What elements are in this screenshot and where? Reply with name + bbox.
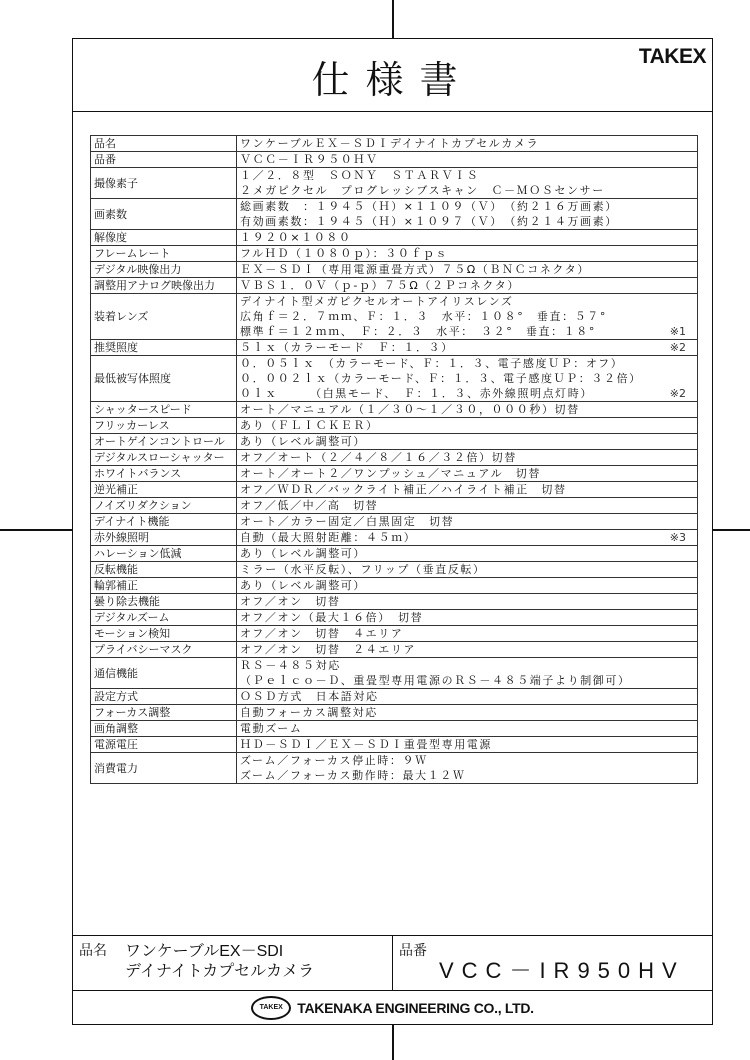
spec-row: シャッタースピードオート／マニュアル（１／３０～１／３０，０００秒）切替 — [91, 402, 698, 418]
spec-label: デジタル映像出力 — [91, 262, 237, 278]
spec-value: オフ／オート（２／４／８／１６／３２倍）切替 — [237, 450, 698, 466]
spec-value: オフ／オン 切替 ４エリア — [237, 626, 698, 642]
spec-row: デジタルズームオフ／オン（最大１６倍） 切替 — [91, 610, 698, 626]
spec-label: デジタルスローシャッター — [91, 450, 237, 466]
product-number: VCC－IR950HV — [439, 954, 685, 985]
spec-value-text: ＲＳ－４８５対応 — [240, 658, 341, 673]
spec-label: フォーカス調整 — [91, 705, 237, 721]
spec-row: 輪郭補正あり（レベル調整可） — [91, 578, 698, 594]
spec-row: 調整用アナログ映像出力ＶＢＳ１．０Ｖ（ｐ-ｐ）７５Ω（２Ｐコネクタ） — [91, 278, 698, 294]
footer: 品名 ワンケーブルEX－SDI デイナイトカプセルカメラ 品番 VCC－IR95… — [73, 935, 712, 1025]
brand-logo: TAKEX — [639, 45, 706, 69]
spec-value-text: 標準ｆ＝１２ｍｍ、 Ｆ：２．３ 水平： ３２° 垂直：１８° — [240, 324, 596, 339]
spec-row: 推奨照度５ｌｘ（カラーモード Ｆ：１．３）※2 — [91, 340, 698, 356]
spec-value: あり（レベル調整可） — [237, 546, 698, 562]
spec-value: オフ／低／中／高 切替 — [237, 498, 698, 514]
product-name-line1: ワンケーブルEX－SDI — [125, 942, 314, 962]
spec-value-text: ＶＣＣ－ＩＲ９５０ＨＶ — [240, 152, 379, 167]
spec-value-line: ＨＤ－ＳＤＩ／ＥＸ－ＳＤＩ重畳型専用電源 — [240, 737, 694, 752]
footnote-mark — [686, 450, 694, 465]
footnote-mark — [686, 262, 694, 277]
spec-value-text: デイナイト型メガピクセルオートアイリスレンズ — [240, 294, 514, 309]
spec-value-text: オフ／ＷＤＲ／バックライト補正／ハイライト補正 切替 — [240, 482, 567, 497]
spec-value: オート／マニュアル（１／３０～１／３０，０００秒）切替 — [237, 402, 698, 418]
footnote-mark — [686, 578, 694, 593]
spec-row: デジタル映像出力ＥＸ－ＳＤＩ（専用電源重畳方式）７５Ω（ＢＮＣコネクタ） — [91, 262, 698, 278]
spec-label: プライバシーマスク — [91, 642, 237, 658]
spec-value: デイナイト型メガピクセルオートアイリスレンズ広角ｆ＝２．７ｍｍ、Ｆ：１．３ 水平… — [237, 294, 698, 340]
spec-value: ＶＣＣ－ＩＲ９５０ＨＶ — [237, 152, 698, 168]
spec-value-line: ＶＣＣ－ＩＲ９５０ＨＶ — [240, 152, 694, 167]
spec-value-text: あり（ＦＬＩＣＫＥＲ） — [240, 418, 379, 433]
footnote-mark: ※1 — [670, 324, 694, 339]
spec-value-line: 自動フォーカス調整対応 — [240, 705, 694, 720]
spec-value-text: 自動フォーカス調整対応 — [240, 705, 378, 720]
spec-value: ワンケーブルＥＸ－ＳＤＩデイナイトカプセルカメラ — [237, 136, 698, 152]
spec-row: 画素数総画素数 ：１９４５（Ｈ）×１１０９（Ｖ） （約２１６万画素）有効画素数：… — [91, 199, 698, 230]
spec-value: フルＨＤ（１０８０ｐ）：３０ｆｐｓ — [237, 246, 698, 262]
product-name-line2: デイナイトカプセルカメラ — [125, 962, 314, 982]
spec-value: オフ／オン（最大１６倍） 切替 — [237, 610, 698, 626]
spec-value-line: ズーム／フォーカス停止時：９Ｗ — [240, 753, 694, 768]
spec-value-text: ミラー（水平反転）、フリップ（垂直反転） — [240, 562, 486, 577]
spec-value: ＲＳ－４８５対応（Ｐｅｌｃｏ－Ｄ、重畳型専用電源のＲＳ－４８５端子より制御可） — [237, 658, 698, 689]
title-band: 仕様書 TAKEX — [73, 39, 712, 112]
footnote-mark — [686, 402, 694, 417]
spec-value-line: デイナイト型メガピクセルオートアイリスレンズ — [240, 294, 694, 309]
footnote-mark — [686, 294, 694, 309]
spec-value-text: 自動（最大照射距離：４５ｍ） — [240, 530, 416, 545]
spec-row: 通信機能ＲＳ－４８５対応（Ｐｅｌｃｏ－Ｄ、重畳型専用電源のＲＳ－４８５端子より制… — [91, 658, 698, 689]
footnote-mark — [686, 642, 694, 657]
spec-label: フレームレート — [91, 246, 237, 262]
spec-row: デジタルスローシャッターオフ／オート（２／４／８／１６／３２倍）切替 — [91, 450, 698, 466]
spec-value: オフ／オン 切替 ２４エリア — [237, 642, 698, 658]
spec-label: 電源電圧 — [91, 737, 237, 753]
spec-table: 品名ワンケーブルＥＸ－ＳＤＩデイナイトカプセルカメラ品番ＶＣＣ－ＩＲ９５０ＨＶ撮… — [90, 135, 698, 784]
spec-row: ハレーション低減あり（レベル調整可） — [91, 546, 698, 562]
spec-value-line: オフ／低／中／高 切替 — [240, 498, 694, 513]
spec-value: 電動ズーム — [237, 721, 698, 737]
footnote-mark — [686, 418, 694, 433]
spec-value-line: あり（レベル調整可） — [240, 578, 694, 593]
product-name-caption: 品名 — [79, 940, 107, 960]
spec-value-text: あり（レベル調整可） — [240, 546, 366, 561]
spec-value-line: オフ／オン 切替 ４エリア — [240, 626, 694, 641]
company-name: TAKENAKA ENGINEERING CO., LTD. — [297, 1000, 534, 1016]
footnote-mark — [686, 482, 694, 497]
spec-value-line: 広角ｆ＝２．７ｍｍ、Ｆ：１．３ 水平：１０８° 垂直：５７° — [240, 309, 694, 324]
spec-label: デイナイト機能 — [91, 514, 237, 530]
footnote-mark — [686, 626, 694, 641]
footnote-mark — [686, 356, 694, 371]
spec-value-text: ０．００２ｌｘ（カラーモード、Ｆ：１．３、電子感度ＵＰ：３２倍） — [240, 371, 642, 386]
spec-row: 赤外線照明自動（最大照射距離：４５ｍ）※3 — [91, 530, 698, 546]
product-name: ワンケーブルEX－SDI デイナイトカプセルカメラ — [125, 942, 314, 982]
footnote-mark — [686, 309, 694, 324]
spec-label: 最低被写体照度 — [91, 356, 237, 402]
spec-value-line: オフ／オン（最大１６倍） 切替 — [240, 610, 694, 625]
spec-value-text: オート／カラー固定／白黒固定 切替 — [240, 514, 454, 529]
spec-value-text: ＯＳＤ方式 日本語対応 — [240, 689, 379, 704]
spec-value-text: 電動ズーム — [240, 721, 302, 736]
footnote-mark — [686, 152, 694, 167]
spec-row: 品名ワンケーブルＥＸ－ＳＤＩデイナイトカプセルカメラ — [91, 136, 698, 152]
spec-label: ノイズリダクション — [91, 498, 237, 514]
spec-value-text: オート／オート２／ワンプッシュ／マニュアル 切替 — [240, 466, 541, 481]
spec-label: 品番 — [91, 152, 237, 168]
spec-label: 調整用アナログ映像出力 — [91, 278, 237, 294]
footnote-mark — [686, 136, 694, 151]
spec-value: ＨＤ－ＳＤＩ／ＥＸ－ＳＤＩ重畳型専用電源 — [237, 737, 698, 753]
spec-row: フレームレートフルＨＤ（１０８０ｐ）：３０ｆｐｓ — [91, 246, 698, 262]
footnote-mark: ※2 — [670, 386, 694, 401]
product-number-cell: 品番 VCC－IR950HV — [393, 936, 712, 990]
spec-value-line: ＥＸ－ＳＤＩ（専用電源重畳方式）７５Ω（ＢＮＣコネクタ） — [240, 262, 694, 277]
spec-value-line: ０ｌｘ （白黒モード、 Ｆ：１．３、赤外線照明点灯時）※2 — [240, 386, 694, 401]
spec-value-text: あり（レベル調整可） — [240, 578, 366, 593]
spec-value-text: オフ／オン 切替 — [240, 594, 340, 609]
spec-label: 品名 — [91, 136, 237, 152]
spec-row: ノイズリダクションオフ／低／中／高 切替 — [91, 498, 698, 514]
footnote-mark — [686, 562, 694, 577]
spec-value-line: ミラー（水平反転）、フリップ（垂直反転） — [240, 562, 694, 577]
spec-value-text: ズーム／フォーカス動作時：最大１２Ｗ — [240, 768, 465, 783]
spec-row: 装着レンズデイナイト型メガピクセルオートアイリスレンズ広角ｆ＝２．７ｍｍ、Ｆ：１… — [91, 294, 698, 340]
product-row: 品名 ワンケーブルEX－SDI デイナイトカプセルカメラ 品番 VCC－IR95… — [73, 936, 712, 991]
spec-value-line: オフ／オート（２／４／８／１６／３２倍）切替 — [240, 450, 694, 465]
footnote-mark — [686, 546, 694, 561]
footnote-mark — [686, 753, 694, 768]
footnote-mark — [686, 183, 694, 198]
spec-label: 輪郭補正 — [91, 578, 237, 594]
spec-value-line: ２メガピクセル プログレッシブスキャン Ｃ－ＭＯＳセンサー — [240, 183, 694, 198]
spec-value-line: オフ／ＷＤＲ／バックライト補正／ハイライト補正 切替 — [240, 482, 694, 497]
spec-row: 曇り除去機能オフ／オン 切替 — [91, 594, 698, 610]
footnote-mark — [686, 230, 694, 245]
spec-value-text: ＶＢＳ１．０Ｖ（ｐ-ｐ）７５Ω（２Ｐコネクタ） — [240, 278, 520, 293]
spec-value-line: １／２．８型 ＳＯＮＹ ＳＴＡＲＶＩＳ — [240, 168, 694, 183]
spec-label: 画角調整 — [91, 721, 237, 737]
spec-row: 反転機能ミラー（水平反転）、フリップ（垂直反転） — [91, 562, 698, 578]
footnote-mark — [686, 737, 694, 752]
footnote-mark — [686, 610, 694, 625]
spec-value: あり（レベル調整可） — [237, 434, 698, 450]
spec-label: ホワイトバランス — [91, 466, 237, 482]
spec-value-line: ワンケーブルＥＸ－ＳＤＩデイナイトカプセルカメラ — [240, 136, 694, 151]
crop-mark-left — [0, 529, 72, 531]
crop-mark-bottom — [392, 1025, 394, 1060]
spec-value-text: ＨＤ－ＳＤＩ／ＥＸ－ＳＤＩ重畳型専用電源 — [240, 737, 492, 752]
spec-value: あり（レベル調整可） — [237, 578, 698, 594]
spec-value-line: あり（ＦＬＩＣＫＥＲ） — [240, 418, 694, 433]
footnote-mark — [686, 466, 694, 481]
spec-value-text: ０．０５ｌｘ （カラーモード、Ｆ：１．３、電子感度ＵＰ：オフ） — [240, 356, 623, 371]
spec-value-line: ５ｌｘ（カラーモード Ｆ：１．３）※2 — [240, 340, 694, 355]
spec-value: あり（ＦＬＩＣＫＥＲ） — [237, 418, 698, 434]
spec-value-text: １／２．８型 ＳＯＮＹ ＳＴＡＲＶＩＳ — [240, 168, 479, 183]
spec-value-line: オート／オート２／ワンプッシュ／マニュアル 切替 — [240, 466, 694, 481]
spec-value-line: オフ／オン 切替 — [240, 594, 694, 609]
spec-value-text: オート／マニュアル（１／３０～１／３０，０００秒）切替 — [240, 402, 580, 417]
spec-value: １／２．８型 ＳＯＮＹ ＳＴＡＲＶＩＳ２メガピクセル プログレッシブスキャン Ｃ… — [237, 168, 698, 199]
spec-value-text: ５ｌｘ（カラーモード Ｆ：１．３） — [240, 340, 454, 355]
spec-value: ミラー（水平反転）、フリップ（垂直反転） — [237, 562, 698, 578]
spec-row: 設定方式ＯＳＤ方式 日本語対応 — [91, 689, 698, 705]
spec-value: ０．０５ｌｘ （カラーモード、Ｆ：１．３、電子感度ＵＰ：オフ）０．００２ｌｘ（カ… — [237, 356, 698, 402]
spec-value-text: 有効画素数：１９４５（Ｈ）×１０９７（Ｖ） （約２１４万画素） — [240, 214, 618, 229]
footnote-mark — [686, 214, 694, 229]
document-frame: 仕様書 TAKEX 品名ワンケーブルＥＸ－ＳＤＩデイナイトカプセルカメラ品番ＶＣ… — [72, 38, 713, 1025]
spec-value-line: 総画素数 ：１９４５（Ｈ）×１１０９（Ｖ） （約２１６万画素） — [240, 199, 694, 214]
footnote-mark — [686, 594, 694, 609]
spec-value: オフ／オン 切替 — [237, 594, 698, 610]
spec-value: ＥＸ－ＳＤＩ（専用電源重畳方式）７５Ω（ＢＮＣコネクタ） — [237, 262, 698, 278]
footnote-mark — [686, 768, 694, 783]
spec-label: 推奨照度 — [91, 340, 237, 356]
spec-value-text: ワンケーブルＥＸ－ＳＤＩデイナイトカプセルカメラ — [240, 136, 539, 151]
spec-label: 画素数 — [91, 199, 237, 230]
footnote-mark — [686, 689, 694, 704]
spec-value: ＶＢＳ１．０Ｖ（ｐ-ｐ）７５Ω（２Ｐコネクタ） — [237, 278, 698, 294]
spec-value-line: １９２０×１０８０ — [240, 230, 694, 245]
spec-value: ＯＳＤ方式 日本語対応 — [237, 689, 698, 705]
spec-value-line: ＲＳ－４８５対応 — [240, 658, 694, 673]
spec-label: フリッカーレス — [91, 418, 237, 434]
spec-row: フォーカス調整自動フォーカス調整対応 — [91, 705, 698, 721]
spec-row: 最低被写体照度０．０５ｌｘ （カラーモード、Ｆ：１．３、電子感度ＵＰ：オフ）０．… — [91, 356, 698, 402]
spec-row: ホワイトバランスオート／オート２／ワンプッシュ／マニュアル 切替 — [91, 466, 698, 482]
spec-value: ズーム／フォーカス停止時：９Ｗズーム／フォーカス動作時：最大１２Ｗ — [237, 753, 698, 784]
spec-value-line: （Ｐｅｌｃｏ－Ｄ、重畳型専用電源のＲＳ－４８５端子より制御可） — [240, 673, 694, 688]
takex-logo-icon: TAKEX — [251, 996, 291, 1020]
spec-value-text: ズーム／フォーカス停止時：９Ｗ — [240, 753, 428, 768]
spec-value-line: ＯＳＤ方式 日本語対応 — [240, 689, 694, 704]
spec-row: 解像度１９２０×１０８０ — [91, 230, 698, 246]
spec-value-line: あり（レベル調整可） — [240, 546, 694, 561]
crop-mark-top — [392, 0, 394, 38]
spec-value-line: オート／マニュアル（１／３０～１／３０，０００秒）切替 — [240, 402, 694, 417]
product-name-cell: 品名 ワンケーブルEX－SDI デイナイトカプセルカメラ — [73, 936, 393, 990]
spec-label: 撮像素子 — [91, 168, 237, 199]
spec-value-line: ＶＢＳ１．０Ｖ（ｐ-ｐ）７５Ω（２Ｐコネクタ） — [240, 278, 694, 293]
spec-value: ５ｌｘ（カラーモード Ｆ：１．３）※2 — [237, 340, 698, 356]
crop-mark-right — [713, 529, 750, 531]
spec-value-text: （Ｐｅｌｃｏ－Ｄ、重畳型専用電源のＲＳ－４８５端子より制御可） — [240, 673, 631, 688]
spec-row: 品番ＶＣＣ－ＩＲ９５０ＨＶ — [91, 152, 698, 168]
footnote-mark — [686, 705, 694, 720]
company-row: TAKEX TAKENAKA ENGINEERING CO., LTD. — [73, 991, 712, 1024]
spec-value-line: ０．０５ｌｘ （カラーモード、Ｆ：１．３、電子感度ＵＰ：オフ） — [240, 356, 694, 371]
spec-value-text: ＥＸ－ＳＤＩ（専用電源重畳方式）７５Ω（ＢＮＣコネクタ） — [240, 262, 590, 277]
spec-value-text: オフ／低／中／高 切替 — [240, 498, 378, 513]
spec-label: 通信機能 — [91, 658, 237, 689]
spec-row: モーション検知オフ／オン 切替 ４エリア — [91, 626, 698, 642]
spec-row: 逆光補正オフ／ＷＤＲ／バックライト補正／ハイライト補正 切替 — [91, 482, 698, 498]
footnote-mark — [686, 434, 694, 449]
spec-value-text: ０ｌｘ （白黒モード、 Ｆ：１．３、赤外線照明点灯時） — [240, 386, 593, 401]
spec-value-text: オフ／オン 切替 ４エリア — [240, 626, 403, 641]
footnote-mark — [686, 514, 694, 529]
spec-value-line: 電動ズーム — [240, 721, 694, 736]
spec-label: 消費電力 — [91, 753, 237, 784]
spec-value: オート／カラー固定／白黒固定 切替 — [237, 514, 698, 530]
footnote-mark — [686, 673, 694, 688]
spec-row: デイナイト機能オート／カラー固定／白黒固定 切替 — [91, 514, 698, 530]
spec-value-text: オフ／オート（２／４／８／１６／３２倍）切替 — [240, 450, 517, 465]
footnote-mark — [686, 278, 694, 293]
spec-label: 反転機能 — [91, 562, 237, 578]
spec-value-line: フルＨＤ（１０８０ｐ）：３０ｆｐｓ — [240, 246, 694, 261]
spec-label: オートゲインコントロール — [91, 434, 237, 450]
spec-value-text: 総画素数 ：１９４５（Ｈ）×１１０９（Ｖ） （約２１６万画素） — [240, 199, 618, 214]
spec-label: 解像度 — [91, 230, 237, 246]
spec-label: モーション検知 — [91, 626, 237, 642]
spec-label: 曇り除去機能 — [91, 594, 237, 610]
spec-label: 逆光補正 — [91, 482, 237, 498]
spec-value-line: 標準ｆ＝１２ｍｍ、 Ｆ：２．３ 水平： ３２° 垂直：１８°※1 — [240, 324, 694, 339]
spec-row: プライバシーマスクオフ／オン 切替 ２４エリア — [91, 642, 698, 658]
spec-value-text: オフ／オン（最大１６倍） 切替 — [240, 610, 423, 625]
spec-row: 画角調整電動ズーム — [91, 721, 698, 737]
product-number-caption: 品番 — [399, 940, 427, 960]
footnote-mark — [686, 498, 694, 513]
page-title: 仕様書 — [73, 49, 712, 104]
spec-label: シャッタースピード — [91, 402, 237, 418]
spec-value: １９２０×１０８０ — [237, 230, 698, 246]
spec-value-line: オート／カラー固定／白黒固定 切替 — [240, 514, 694, 529]
spec-value: オート／オート２／ワンプッシュ／マニュアル 切替 — [237, 466, 698, 482]
spec-value-text: オフ／オン 切替 ２４エリア — [240, 642, 416, 657]
spec-label: 赤外線照明 — [91, 530, 237, 546]
spec-value-line: あり（レベル調整可） — [240, 434, 694, 449]
footnote-mark — [686, 246, 694, 261]
footnote-mark — [686, 721, 694, 736]
spec-value-text: １９２０×１０８０ — [240, 230, 352, 245]
spec-value-line: ０．００２ｌｘ（カラーモード、Ｆ：１．３、電子感度ＵＰ：３２倍） — [240, 371, 694, 386]
spec-row: オートゲインコントロールあり（レベル調整可） — [91, 434, 698, 450]
spec-value-text: ２メガピクセル プログレッシブスキャン Ｃ－ＭＯＳセンサー — [240, 183, 605, 198]
spec-label: ハレーション低減 — [91, 546, 237, 562]
spec-value: 総画素数 ：１９４５（Ｈ）×１１０９（Ｖ） （約２１６万画素）有効画素数：１９４… — [237, 199, 698, 230]
spec-row: フリッカーレスあり（ＦＬＩＣＫＥＲ） — [91, 418, 698, 434]
spec-row: 消費電力ズーム／フォーカス停止時：９Ｗズーム／フォーカス動作時：最大１２Ｗ — [91, 753, 698, 784]
spec-row: 電源電圧ＨＤ－ＳＤＩ／ＥＸ－ＳＤＩ重畳型専用電源 — [91, 737, 698, 753]
spec-value-text: あり（レベル調整可） — [240, 434, 366, 449]
spec-value-line: 有効画素数：１９４５（Ｈ）×１０９７（Ｖ） （約２１４万画素） — [240, 214, 694, 229]
spec-value: 自動（最大照射距離：４５ｍ）※3 — [237, 530, 698, 546]
spec-label: デジタルズーム — [91, 610, 237, 626]
spec-row: 撮像素子１／２．８型 ＳＯＮＹ ＳＴＡＲＶＩＳ２メガピクセル プログレッシブスキ… — [91, 168, 698, 199]
spec-label: 設定方式 — [91, 689, 237, 705]
spec-value-text: 広角ｆ＝２．７ｍｍ、Ｆ：１．３ 水平：１０８° 垂直：５７° — [240, 309, 607, 324]
footnote-mark — [686, 199, 694, 214]
spec-value: 自動フォーカス調整対応 — [237, 705, 698, 721]
footnote-mark: ※3 — [670, 530, 694, 545]
footnote-mark: ※2 — [670, 340, 694, 355]
spec-value-text: フルＨＤ（１０８０ｐ）：３０ｆｐｓ — [240, 246, 448, 261]
spec-value: オフ／ＷＤＲ／バックライト補正／ハイライト補正 切替 — [237, 482, 698, 498]
footnote-mark — [686, 658, 694, 673]
footnote-mark — [686, 371, 694, 386]
spec-value-line: オフ／オン 切替 ２４エリア — [240, 642, 694, 657]
spec-label: 装着レンズ — [91, 294, 237, 340]
spec-value-line: 自動（最大照射距離：４５ｍ）※3 — [240, 530, 694, 545]
footnote-mark — [686, 168, 694, 183]
spec-value-line: ズーム／フォーカス動作時：最大１２Ｗ — [240, 768, 694, 783]
